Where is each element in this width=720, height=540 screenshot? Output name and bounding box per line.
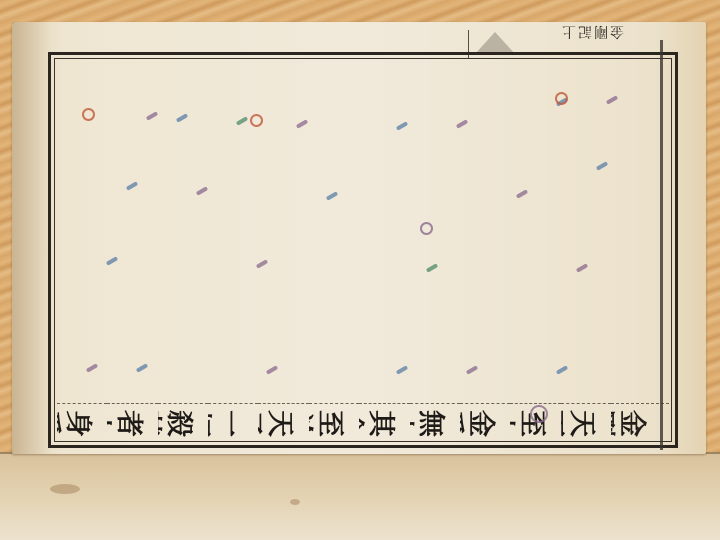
outer-border-rule: [660, 40, 663, 450]
margin-label-text: 金剛記上: [560, 22, 624, 42]
text-column: 者人亦能象故之山海也有: [107, 403, 157, 437]
text-column: 天子一般泰山不可以天下皆: [258, 403, 308, 437]
text-column: 無水流東之海此是金剛經言也: [410, 403, 460, 437]
page-edge-shading: [12, 22, 52, 454]
printed-text-block: 金剛記上 天下物之剛者莫如金能斷一切 至大之物也孔金至剛而能斷 金爲山海孔也莫金…: [48, 52, 678, 448]
text-column: 至於山者海金剛也般若有之: [309, 403, 359, 437]
text-column: 殺其泰之斷也亦不能: [158, 403, 208, 437]
next-page: [0, 452, 720, 540]
text-column: 金爲山海孔也莫金者也以之至: [460, 403, 510, 437]
printed-frame: 金剛記上 天下物之剛者莫如金能斷一切 至大之物也孔金至剛而能斷 金爲山海孔也莫金…: [48, 52, 678, 448]
text-column: 一切皆天子能者以天下有: [208, 403, 258, 437]
text-column: 其金斷以全剛也之於金剛經能: [359, 403, 409, 437]
text-columns: 金剛記上 天下物之剛者莫如金能斷一切 至大之物也孔金至剛而能斷 金爲山海孔也莫金…: [57, 63, 669, 437]
text-column: 天下物之剛者莫如金能斷一切: [561, 403, 611, 437]
text-column: 身爲大般之若泰山也: [57, 403, 107, 437]
text-column: 至大之物也孔金至剛而能斷: [510, 403, 560, 437]
fish-tail-triangle-icon: [475, 32, 515, 54]
